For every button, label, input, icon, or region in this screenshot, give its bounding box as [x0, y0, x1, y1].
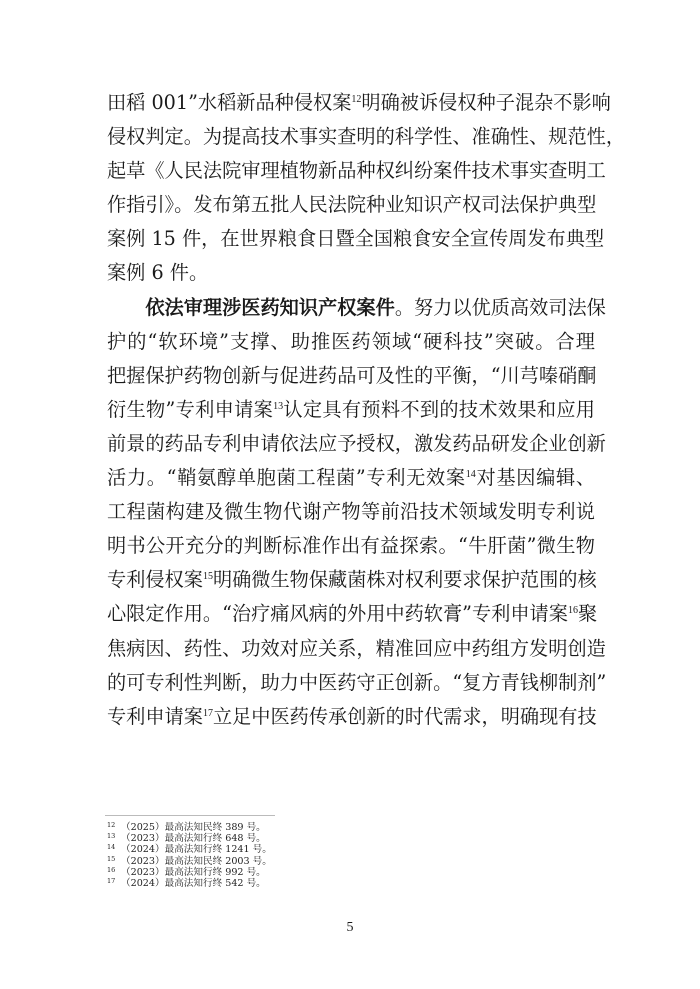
text-line: 专利侵权案15明确微生物保藏菌株对权利要求保护范围的核 — [107, 563, 595, 597]
footnote-reference: 16 — [568, 605, 578, 616]
text-segment: 的可专利性判断，助力中医药守正创新。“复方青钱柳制剂” — [107, 671, 606, 694]
text-segment: 衍生物”专利申请案 — [107, 398, 273, 421]
footnote-number: 14 — [107, 842, 121, 853]
text-line: 依法审理涉医药知识产权案件。努力以优质高效司法保 — [107, 291, 595, 325]
text-segment: 认定具有预料不到的技术效果和应用 — [283, 398, 595, 421]
footnote: 17（2024）最高法知行终 542 号。 — [107, 876, 407, 887]
text-line: 田稻 001”水稻新品种侵权案12明确被诉侵权种子混杂不影响 — [107, 86, 595, 120]
text-line: 作指引》。发布第五批人民法院种业知识产权司法保护典型 — [107, 188, 595, 222]
text-segment: 作指引》。发布第五批人民法院种业知识产权司法保护典型 — [107, 193, 596, 216]
text-segment: 案例 15 件，在世界粮食日暨全国粮食安全宣传周发布典型 — [107, 227, 604, 250]
footnote-reference: 17 — [203, 708, 213, 719]
footnote-number: 17 — [107, 876, 121, 887]
footnote-number: 12 — [107, 820, 121, 831]
text-segment: 。努力以优质高效司法保 — [395, 296, 606, 319]
footnote: 16（2023）最高法知行终 992 号。 — [107, 865, 407, 876]
document-page: 田稻 001”水稻新品种侵权案12明确被诉侵权种子混杂不影响侵权判定。为提高技术… — [0, 0, 700, 989]
text-line: 起草《人民法院审理植物新品种权纠纷案件技术事实查明工 — [107, 154, 595, 188]
section-heading: 依法审理涉医药知识产权案件 — [145, 296, 394, 319]
text-line: 侵权判定。为提高技术事实查明的科学性、准确性、规范性， — [107, 120, 595, 154]
footnote-reference: 14 — [466, 469, 476, 480]
text-line: 衍生物”专利申请案13认定具有预料不到的技术效果和应用 — [107, 393, 595, 427]
text-line: 把握保护药物创新与促进药品可及性的平衡，“川芎嗪硝酮 — [107, 359, 595, 393]
text-line: 护的“软环境”支撑、助推医药领域“硬科技”突破。合理 — [107, 325, 595, 359]
footnote: 13（2023）最高法知行终 648 号。 — [107, 831, 407, 842]
text-segment: 工程菌构建及微生物代谢产物等前沿技术领域发明专利说 — [107, 500, 595, 523]
text-segment: 心限定作用。“治疗痛风病的外用中药软膏”专利申请案 — [107, 602, 568, 625]
text-segment: 明书公开充分的判断标准作出有益探索。“牛肝菌”微生物 — [107, 534, 595, 557]
text-segment: 专利申请案 — [107, 705, 203, 728]
text-segment: 田稻 001”水稻新品种侵权案 — [107, 91, 351, 114]
footnote-number: 13 — [107, 831, 121, 842]
text-line: 活力。“鞘氨醇单胞菌工程菌”专利无效案14对基因编辑、 — [107, 461, 595, 495]
text-line: 工程菌构建及微生物代谢产物等前沿技术领域发明专利说 — [107, 495, 595, 529]
text-line: 焦病因、药性、功效对应关系，精准回应中药组方发明创造 — [107, 632, 595, 666]
body-text: 田稻 001”水稻新品种侵权案12明确被诉侵权种子混杂不影响侵权判定。为提高技术… — [107, 86, 595, 734]
text-segment: 聚 — [578, 602, 597, 625]
text-segment: 把握保护药物创新与促进药品可及性的平衡，“川芎嗪硝酮 — [107, 364, 597, 387]
text-segment — [107, 296, 145, 319]
text-segment: 护的“软环境”支撑、助推医药领域“硬科技”突破。合理 — [107, 330, 595, 353]
text-line: 的可专利性判断，助力中医药守正创新。“复方青钱柳制剂” — [107, 666, 595, 700]
text-line: 心限定作用。“治疗痛风病的外用中药软膏”专利申请案16聚 — [107, 597, 595, 631]
text-segment: 立足中医药传承创新的时代需求，明确现有技 — [213, 705, 597, 728]
text-line: 案例 15 件，在世界粮食日暨全国粮食安全宣传周发布典型 — [107, 222, 595, 256]
footnote-number: 16 — [107, 865, 121, 876]
text-line: 明书公开充分的判断标准作出有益探索。“牛肝菌”微生物 — [107, 529, 595, 563]
footnote-reference: 12 — [351, 94, 361, 105]
text-line: 前景的药品专利申请依法应予授权，激发药品研发企业创新 — [107, 427, 595, 461]
text-segment: 前景的药品专利申请依法应予授权，激发药品研发企业创新 — [107, 432, 606, 455]
text-segment: 活力。“鞘氨醇单胞菌工程菌”专利无效案 — [107, 466, 466, 489]
footnotes: 12（2025）最高法知民终 389 号。13（2023）最高法知行终 648 … — [107, 820, 407, 887]
footnote-reference: 13 — [273, 401, 283, 412]
text-segment: 案例 6 件。 — [107, 261, 208, 284]
text-segment: 明确微生物保藏菌株对权利要求保护范围的核 — [213, 568, 597, 591]
footnote: 14（2024）最高法知行终 1241 号。 — [107, 842, 407, 853]
text-segment: 侵权判定。为提高技术事实查明的科学性、准确性、规范性， — [107, 125, 625, 148]
footnote-text: （2024）最高法知行终 542 号。 — [121, 878, 266, 889]
page-number: 5 — [0, 920, 700, 936]
text-segment: 专利侵权案 — [107, 568, 203, 591]
text-segment: 对基因编辑、 — [476, 466, 595, 489]
text-line: 专利申请案17立足中医药传承创新的时代需求，明确现有技 — [107, 700, 595, 734]
text-line: 案例 6 件。 — [107, 256, 595, 290]
text-segment: 焦病因、药性、功效对应关系，精准回应中药组方发明创造 — [107, 637, 606, 660]
footnote-divider — [105, 815, 275, 816]
text-segment: 明确被诉侵权种子混杂不影响 — [361, 91, 610, 114]
footnote: 15（2023）最高法知民终 2003 号。 — [107, 854, 407, 865]
footnote-reference: 15 — [203, 571, 213, 582]
text-segment: 起草《人民法院审理植物新品种权纠纷案件技术事实查明工 — [107, 159, 606, 182]
footnote: 12（2025）最高法知民终 389 号。 — [107, 820, 407, 831]
footnote-number: 15 — [107, 854, 121, 865]
